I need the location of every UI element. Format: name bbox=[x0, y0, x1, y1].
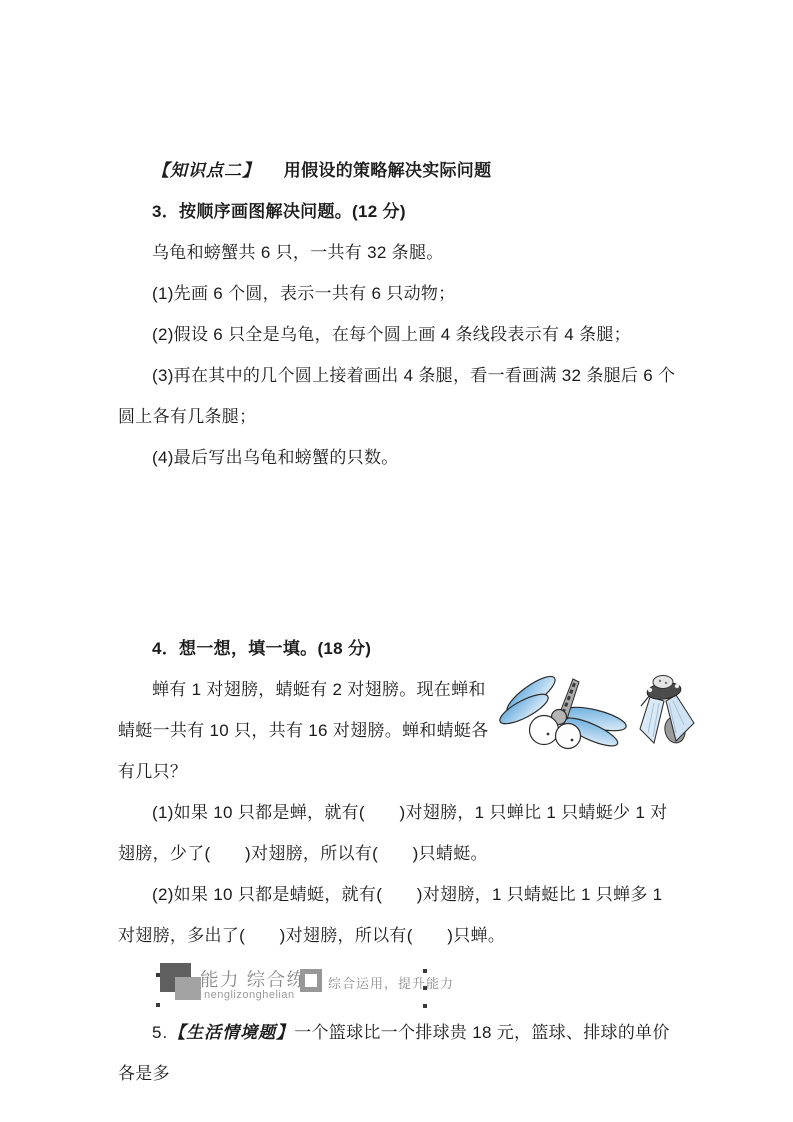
q3-step-4: (4)最后写出乌龟和螃蟹的只数。 bbox=[118, 437, 676, 478]
banner-subtitle: 综合运用，提升能力 bbox=[328, 973, 454, 992]
q5-question: 5.【生活情境题】一个篮球比一个排球贵 18 元，篮球、排球的单价各是多 bbox=[118, 1012, 676, 1094]
life-context-tag: 【生活情境题】 bbox=[168, 1023, 294, 1042]
q4-part-1: (1)如果 10 只都是蝉，就有( )对翅膀，1 只蝉比 1 只蜻蜓少 1 对翅… bbox=[118, 792, 676, 874]
overlapping-squares-icon bbox=[175, 977, 201, 1000]
square-outline-icon bbox=[300, 969, 322, 992]
worksheet-page: 【知识点二】用假设的策略解决实际问题 3．按顺序画图解决问题。(12 分) 乌龟… bbox=[0, 0, 793, 1094]
insects-illustration bbox=[495, 673, 700, 753]
q3-intro: 乌龟和螃蟹共 6 只，一共有 32 条腿。 bbox=[118, 232, 676, 273]
section-header: 【知识点二】用假设的策略解决实际问题 bbox=[118, 150, 676, 191]
section-title: 用假设的策略解决实际问题 bbox=[260, 161, 491, 180]
dragonfly-icon bbox=[495, 673, 630, 753]
knowledge-point-tag: 【知识点二】 bbox=[152, 161, 260, 180]
ability-banner: 能力 综合练 nenglizonghelian 综合运用，提升能力 bbox=[160, 960, 460, 1012]
q3-step-1: (1)先画 6 个圆，表示一共有 6 只动物； bbox=[118, 273, 676, 314]
cicada-icon bbox=[636, 673, 700, 751]
selection-handle bbox=[156, 1003, 160, 1007]
q5-number: 5. bbox=[152, 1023, 168, 1042]
q4-title: 4．想一想，填一填。(18 分) bbox=[118, 628, 676, 669]
selection-handle bbox=[423, 1004, 427, 1008]
banner-pinyin: nenglizonghelian bbox=[204, 989, 295, 1001]
q4-part-2: (2)如果 10 只都是蜻蜓，就有( )对翅膀，1 只蜻蜓比 1 只蝉多 1 对… bbox=[118, 874, 676, 956]
q3-step-3: (3)再在其中的几个圆上接着画出 4 条腿，看一看画满 32 条腿后 6 个圆上… bbox=[118, 355, 676, 437]
drawing-area bbox=[118, 478, 676, 628]
q3-title: 3．按顺序画图解决问题。(12 分) bbox=[118, 191, 676, 232]
q3-step-2: (2)假设 6 只全是乌龟，在每个圆上画 4 条线段表示有 4 条腿； bbox=[118, 314, 676, 355]
